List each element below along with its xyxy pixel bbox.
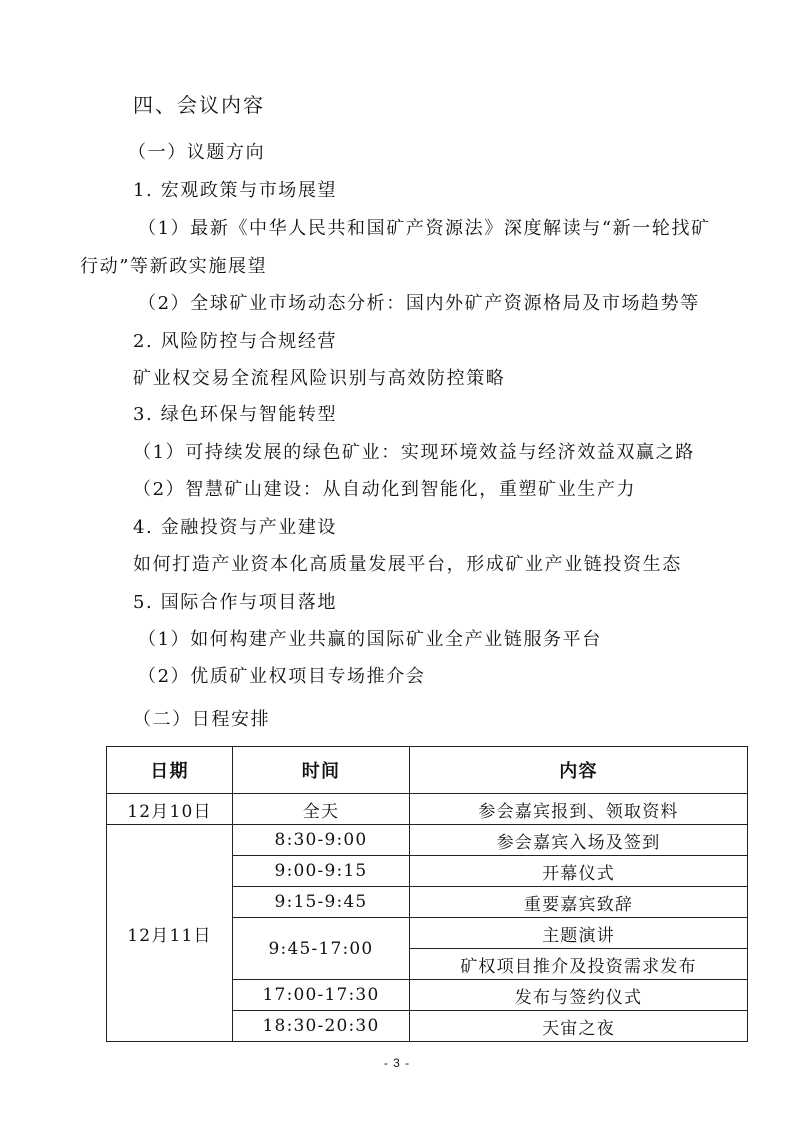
schedule-table: 日期 时间 内容 12月10日 全天 参会嘉宾报到、领取资料 12月11日 8:… xyxy=(106,746,748,1042)
cell-content: 重要嘉宾致辞 xyxy=(410,887,748,918)
cell-content: 开幕仪式 xyxy=(410,856,748,887)
cell-time: 9:45-17:00 xyxy=(233,918,410,980)
cell-date: 12月10日 xyxy=(107,794,233,825)
cell-time: 9:00-9:15 xyxy=(233,856,410,887)
cell-time: 17:00-17:30 xyxy=(233,980,410,1011)
topic-1-title: 1. 宏观政策与市场展望 xyxy=(133,179,337,203)
topic-1-item-2: （2）全球矿业市场动态分析：国内外矿产资源格局及市场趋势等 xyxy=(138,292,700,316)
page-number: - 3 - xyxy=(0,1056,794,1070)
subsection-title-schedule: （二）日程安排 xyxy=(133,708,270,732)
topic-1-item-1-cont: 行动”等新政实施展望 xyxy=(80,255,267,279)
topic-5-title: 5. 国际合作与项目落地 xyxy=(133,591,337,615)
cell-time: 全天 xyxy=(233,794,410,825)
topic-2-item-1: 矿业权交易全流程风险识别与高效防控策略 xyxy=(133,367,505,391)
topic-3-title: 3. 绿色环保与智能转型 xyxy=(133,403,337,427)
section-heading: 四、会议内容 xyxy=(133,93,265,117)
topic-3-item-2: （2）智慧矿山建设：从自动化到智能化，重塑矿业生产力 xyxy=(133,478,636,502)
subsection-title-topics: （一）议题方向 xyxy=(128,141,265,165)
cell-date: 12月11日 xyxy=(107,825,233,1042)
header-content: 内容 xyxy=(410,747,748,794)
cell-time: 9:15-9:45 xyxy=(233,887,410,918)
topic-4-item-1: 如何打造产业资本化高质量发展平台，形成矿业产业链投资生态 xyxy=(133,553,682,577)
topic-3-item-1: （1）可持续发展的绿色矿业：实现环境效益与经济效益双赢之路 xyxy=(133,441,695,465)
cell-time: 18:30-20:30 xyxy=(233,1011,410,1042)
topic-5-item-1: （1）如何构建产业共赢的国际矿业全产业链服务平台 xyxy=(138,628,602,652)
topic-2-title: 2. 风险防控与合规经营 xyxy=(133,330,337,354)
topic-4-title: 4. 金融投资与产业建设 xyxy=(133,516,337,540)
cell-content: 参会嘉宾报到、领取资料 xyxy=(410,794,748,825)
cell-content: 发布与签约仪式 xyxy=(410,980,748,1011)
table-row: 12月11日 8:30-9:00 参会嘉宾入场及签到 xyxy=(107,825,748,856)
cell-content: 参会嘉宾入场及签到 xyxy=(410,825,748,856)
table-row: 12月10日 全天 参会嘉宾报到、领取资料 xyxy=(107,794,748,825)
cell-content: 主题演讲 xyxy=(410,918,748,949)
cell-content: 天宙之夜 xyxy=(410,1011,748,1042)
topic-5-item-2: （2）优质矿业权项目专场推介会 xyxy=(138,665,425,689)
header-date: 日期 xyxy=(107,747,233,794)
cell-content: 矿权项目推介及投资需求发布 xyxy=(410,949,748,980)
header-time: 时间 xyxy=(233,747,410,794)
topic-1-item-1: （1）最新《中华人民共和国矿产资源法》深度解读与“新一轮找矿 xyxy=(138,217,711,241)
cell-time: 8:30-9:00 xyxy=(233,825,410,856)
table-header-row: 日期 时间 内容 xyxy=(107,747,748,794)
